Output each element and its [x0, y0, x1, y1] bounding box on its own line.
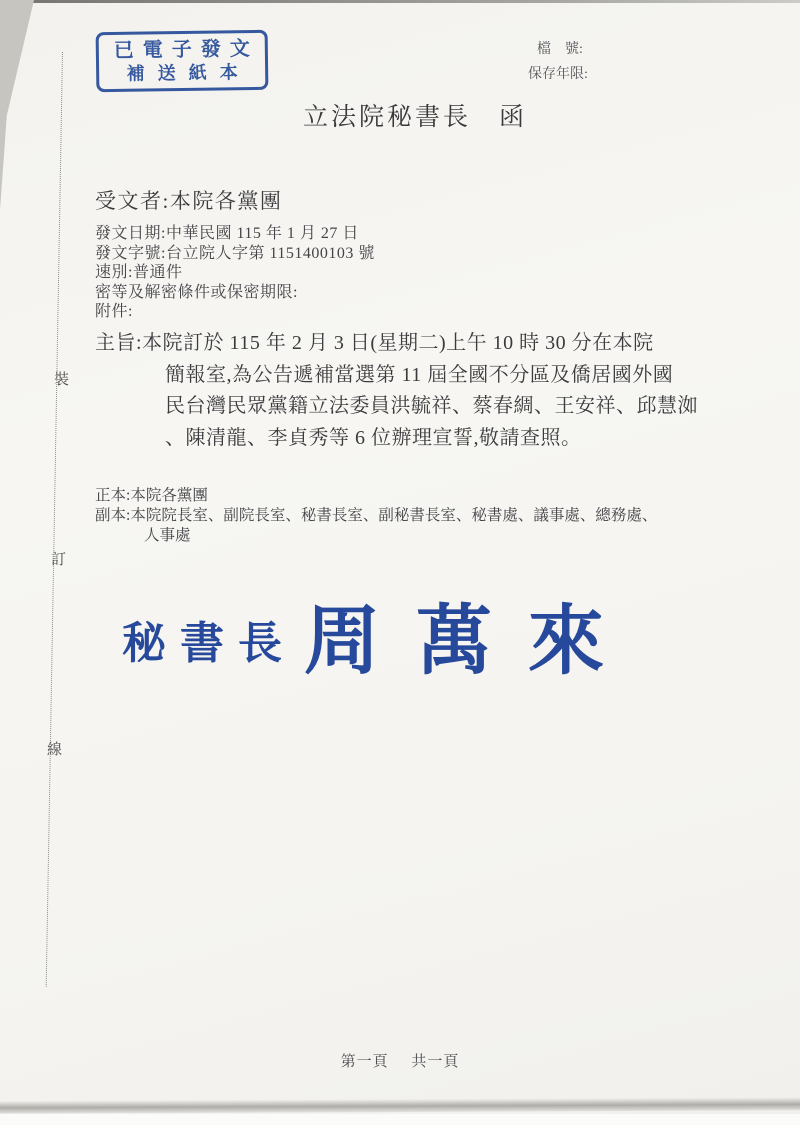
efiling-stamp: 已電子發文 補送紙本: [96, 30, 269, 92]
cc-line-continuation: 人事處: [95, 526, 657, 546]
file-number-block: 檔 號: 保存年限:: [528, 37, 588, 87]
secretary-general-signature: 秘書長 周 萬 來: [122, 580, 604, 689]
page-footer: 第一頁 共一頁: [0, 1050, 800, 1071]
original-copy-value: 本院各黨團: [130, 487, 208, 504]
subject-line: 簡報室,為公告遞補當選第 11 屆全國不分區及僑居國外國: [95, 360, 698, 392]
signature-name-char: 周: [304, 580, 380, 689]
document-title: 立法院秘書長 函: [15, 97, 800, 133]
scan-bottom-shadow: [0, 1097, 800, 1114]
subject-block: 主旨:本院訂於 115 年 2 月 3 日(星期二)上午 10 時 30 分在本…: [95, 328, 698, 454]
footer-page-total: 共一頁: [411, 1054, 459, 1070]
issue-date-line: 發文日期:中華民國 115 年 1 月 27 日: [95, 224, 375, 244]
scan-top-edge: [0, 0, 800, 3]
cc-line: 副本:本院院長室、副院長室、秘書長室、副秘書長室、秘書處、議事處、總務處、: [95, 506, 657, 526]
binding-mark: 裝: [54, 368, 69, 389]
original-copy-label: 正本:: [95, 487, 130, 504]
subject-line: 主旨:本院訂於 115 年 2 月 3 日(星期二)上午 10 時 30 分在本…: [95, 328, 698, 360]
file-number-label: 檔 號:: [528, 37, 588, 62]
copies-block: 正本:本院各黨團 副本:本院院長室、副院長室、秘書長室、副秘書長室、秘書處、議事…: [95, 486, 657, 545]
scan-bottom-strip: [0, 1114, 800, 1125]
cc-value: 本院院長室、副院長室、秘書長室、副秘書長室、秘書處、議事處、總務處、: [130, 507, 657, 524]
issue-number-line: 發文字號:台立院人字第 1151400103 號: [95, 244, 375, 264]
original-copy-line: 正本:本院各黨團: [95, 486, 657, 506]
recipient-line: 受文者:本院各黨團: [95, 185, 282, 215]
cc-label: 副本:: [95, 507, 130, 524]
retention-label: 保存年限:: [528, 62, 588, 87]
efiling-stamp-line2: 補送紙本: [114, 61, 251, 85]
signature-name: 周 萬 來: [304, 580, 604, 689]
subject-label: 主旨:: [95, 332, 142, 354]
speed-class-line: 速別:普通件: [95, 263, 375, 283]
efiling-stamp-line1: 已電子發文: [105, 37, 259, 63]
binding-dotted-line: [46, 52, 63, 987]
signature-title: 秘書長: [122, 599, 296, 671]
security-class-line: 密等及解密條件或保密期限:: [95, 283, 375, 303]
subject-line: 、陳清龍、李貞秀等 6 位辦理宣誓,敬請查照。: [95, 423, 698, 455]
subject-line: 民台灣民眾黨籍立法委員洪毓祥、蔡春綢、王安祥、邱慧洳: [95, 391, 698, 423]
binding-mark: 訂: [51, 548, 66, 569]
binding-mark: 線: [47, 738, 62, 759]
signature-name-char: 萬: [416, 580, 492, 689]
footer-page-number: 第一頁: [341, 1054, 389, 1070]
subject-text: 本院訂於 115 年 2 月 3 日(星期二)上午 10 時 30 分在本院: [142, 332, 654, 354]
meta-block: 發文日期:中華民國 115 年 1 月 27 日 發文字號:台立院人字第 115…: [95, 224, 375, 322]
signature-name-char: 來: [528, 580, 604, 689]
attachment-line: 附件:: [95, 302, 375, 322]
